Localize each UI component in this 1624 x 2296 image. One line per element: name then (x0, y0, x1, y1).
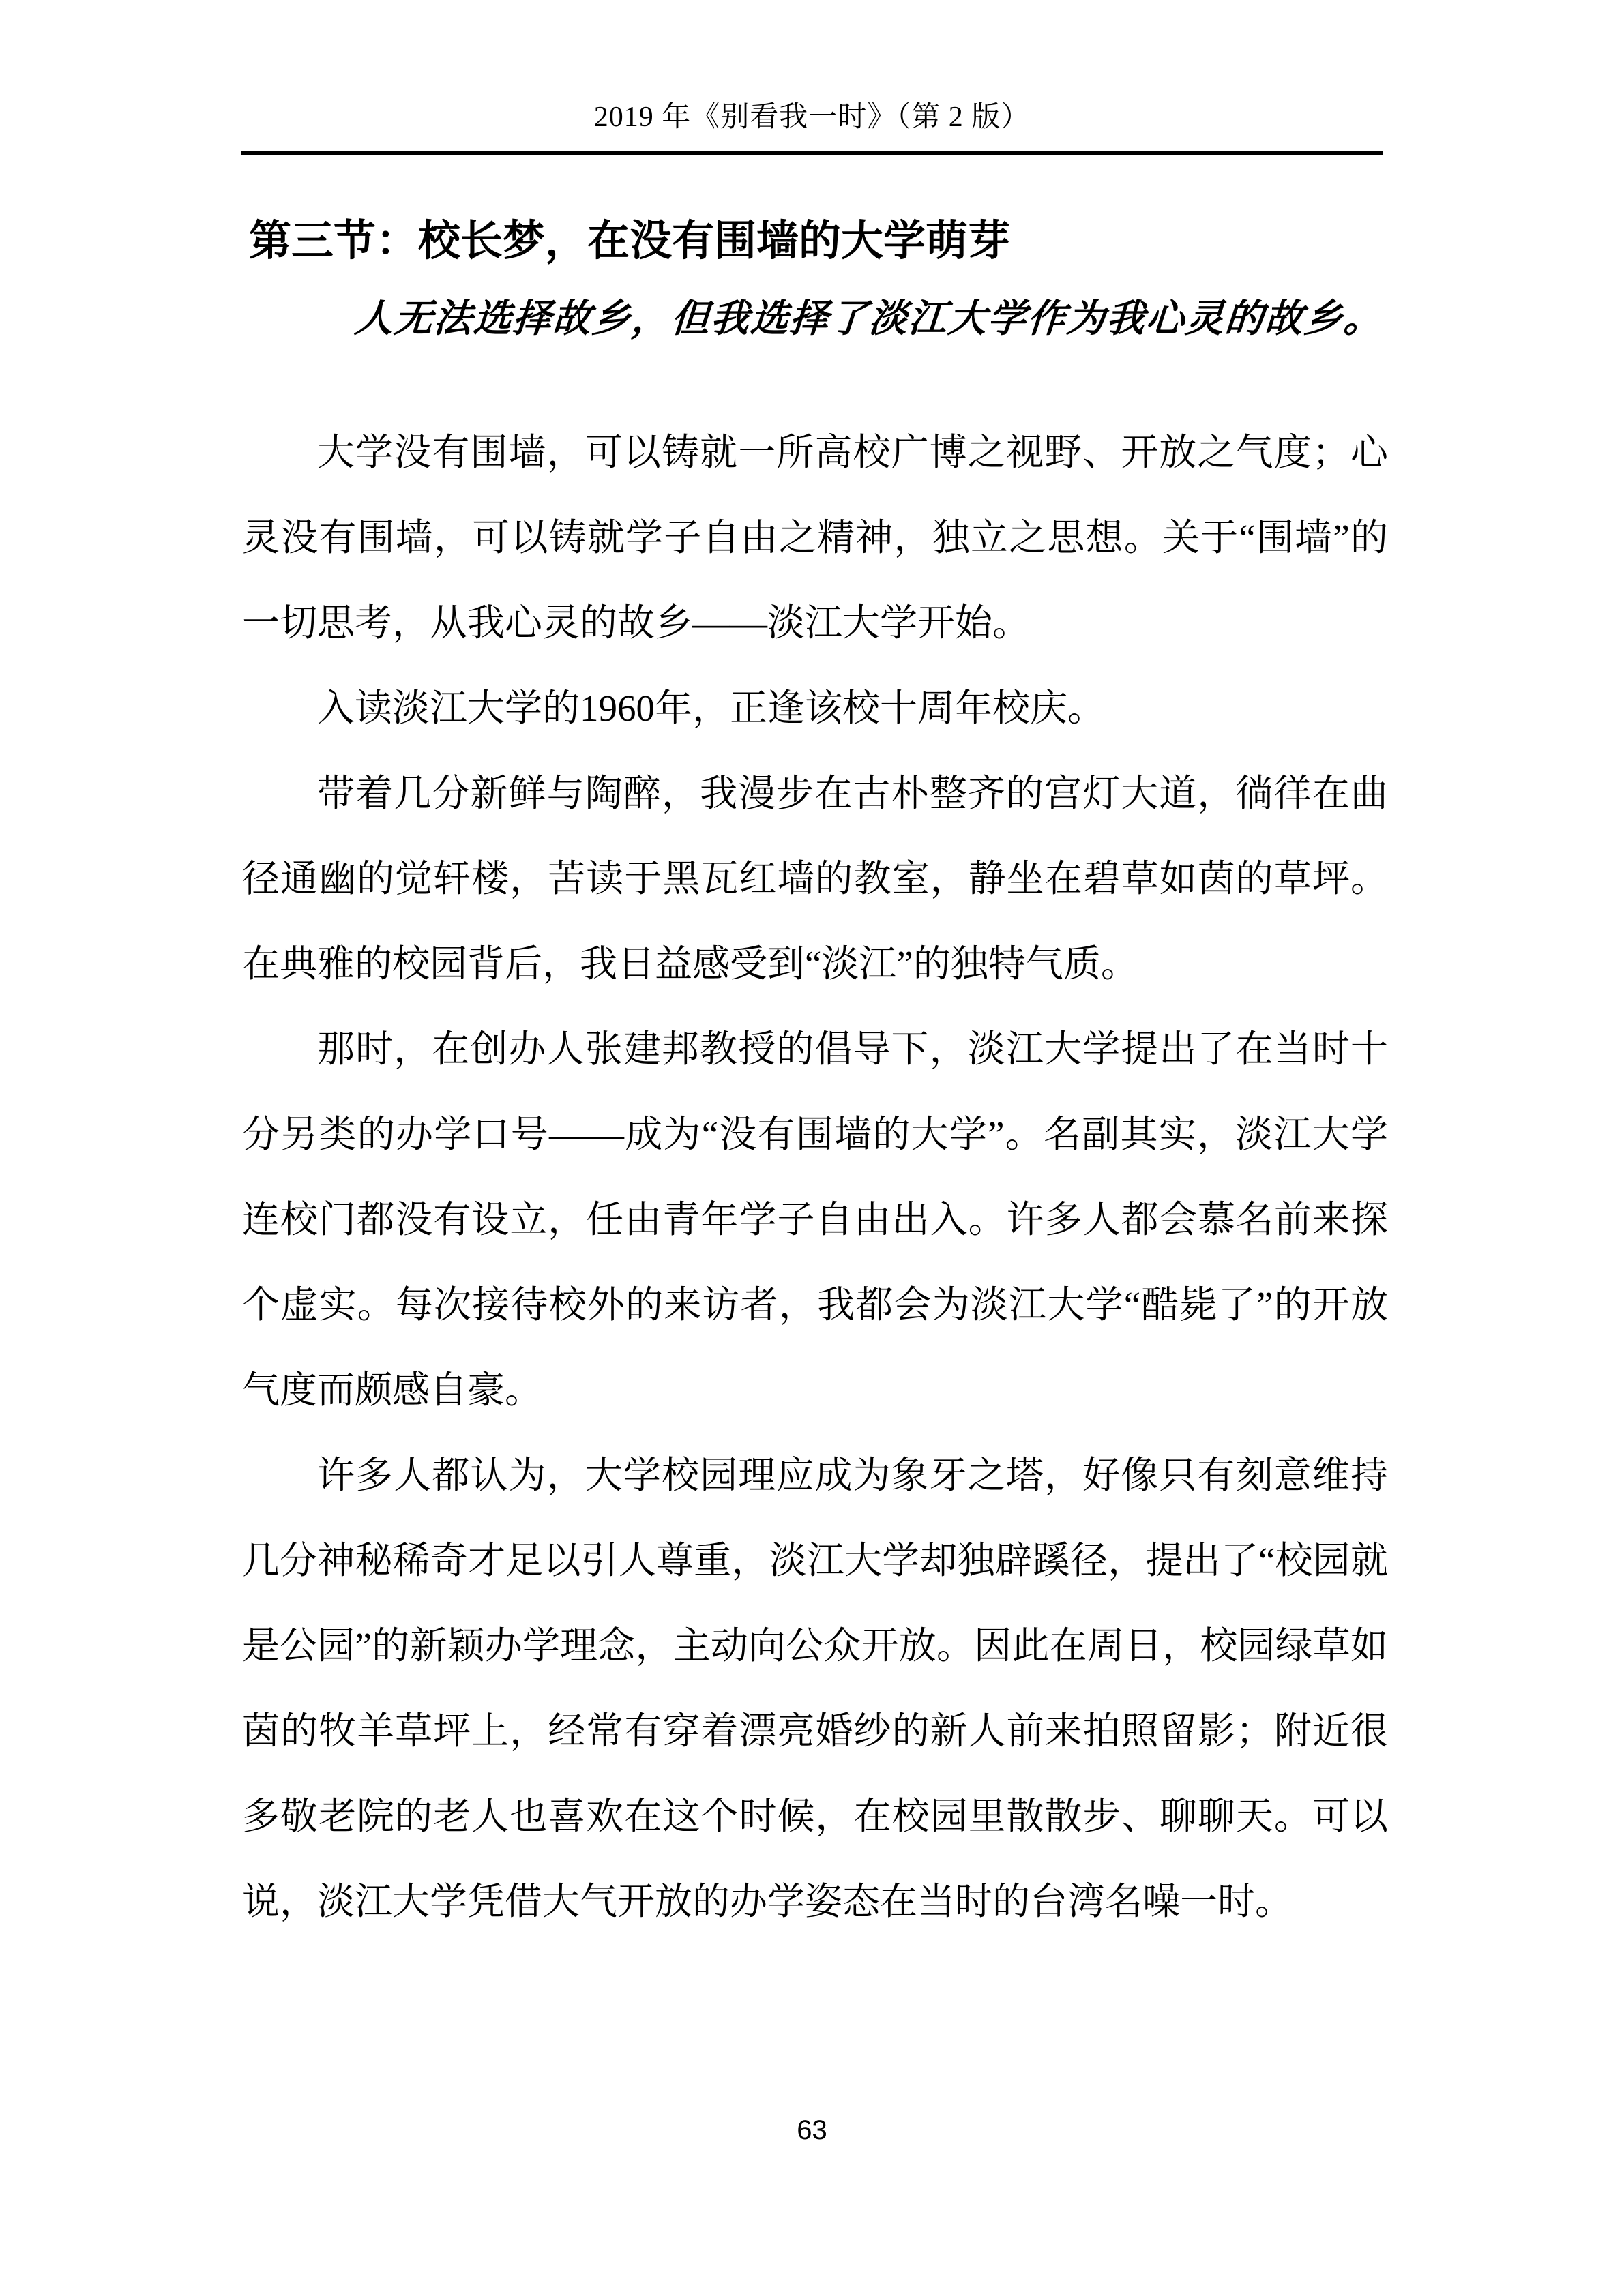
paragraph-2: 入读淡江大学的1960年，正逢该校十周年校庆。 (242, 666, 1388, 751)
header-rule (241, 151, 1383, 155)
running-header: 2019 年《别看我一时》（第 2 版） (0, 0, 1624, 136)
section-title: 第三节：校长梦，在没有围墙的大学萌芽 (249, 218, 1624, 266)
paragraph-1: 大学没有围墙，可以铸就一所高校广博之视野、开放之气度；心灵没有围墙，可以铸就学子… (242, 410, 1388, 666)
paragraph-4: 那时，在创办人张建邦教授的倡导下，淡江大学提出了在当时十分另类的办学口号——成为… (242, 1007, 1388, 1433)
paragraph-3: 带着几分新鲜与陶醉，我漫步在古朴整齐的宫灯大道，徜徉在曲径通幽的觉轩楼，苦读于黑… (242, 751, 1388, 1007)
paragraph-5: 许多人都认为，大学校园理应成为象牙之塔，好像只有刻意维持几分神秘稀奇才足以引人尊… (242, 1433, 1388, 1944)
page-number: 63 (0, 2115, 1624, 2146)
body-text: 大学没有围墙，可以铸就一所高校广博之视野、开放之气度；心灵没有围墙，可以铸就学子… (242, 410, 1388, 1944)
document-page: 2019 年《别看我一时》（第 2 版） 第三节：校长梦，在没有围墙的大学萌芽 … (0, 0, 1624, 2296)
epigraph-quote: 人无法选择故乡，但我选择了淡江大学作为我心灵的故乡。 (239, 295, 1385, 344)
